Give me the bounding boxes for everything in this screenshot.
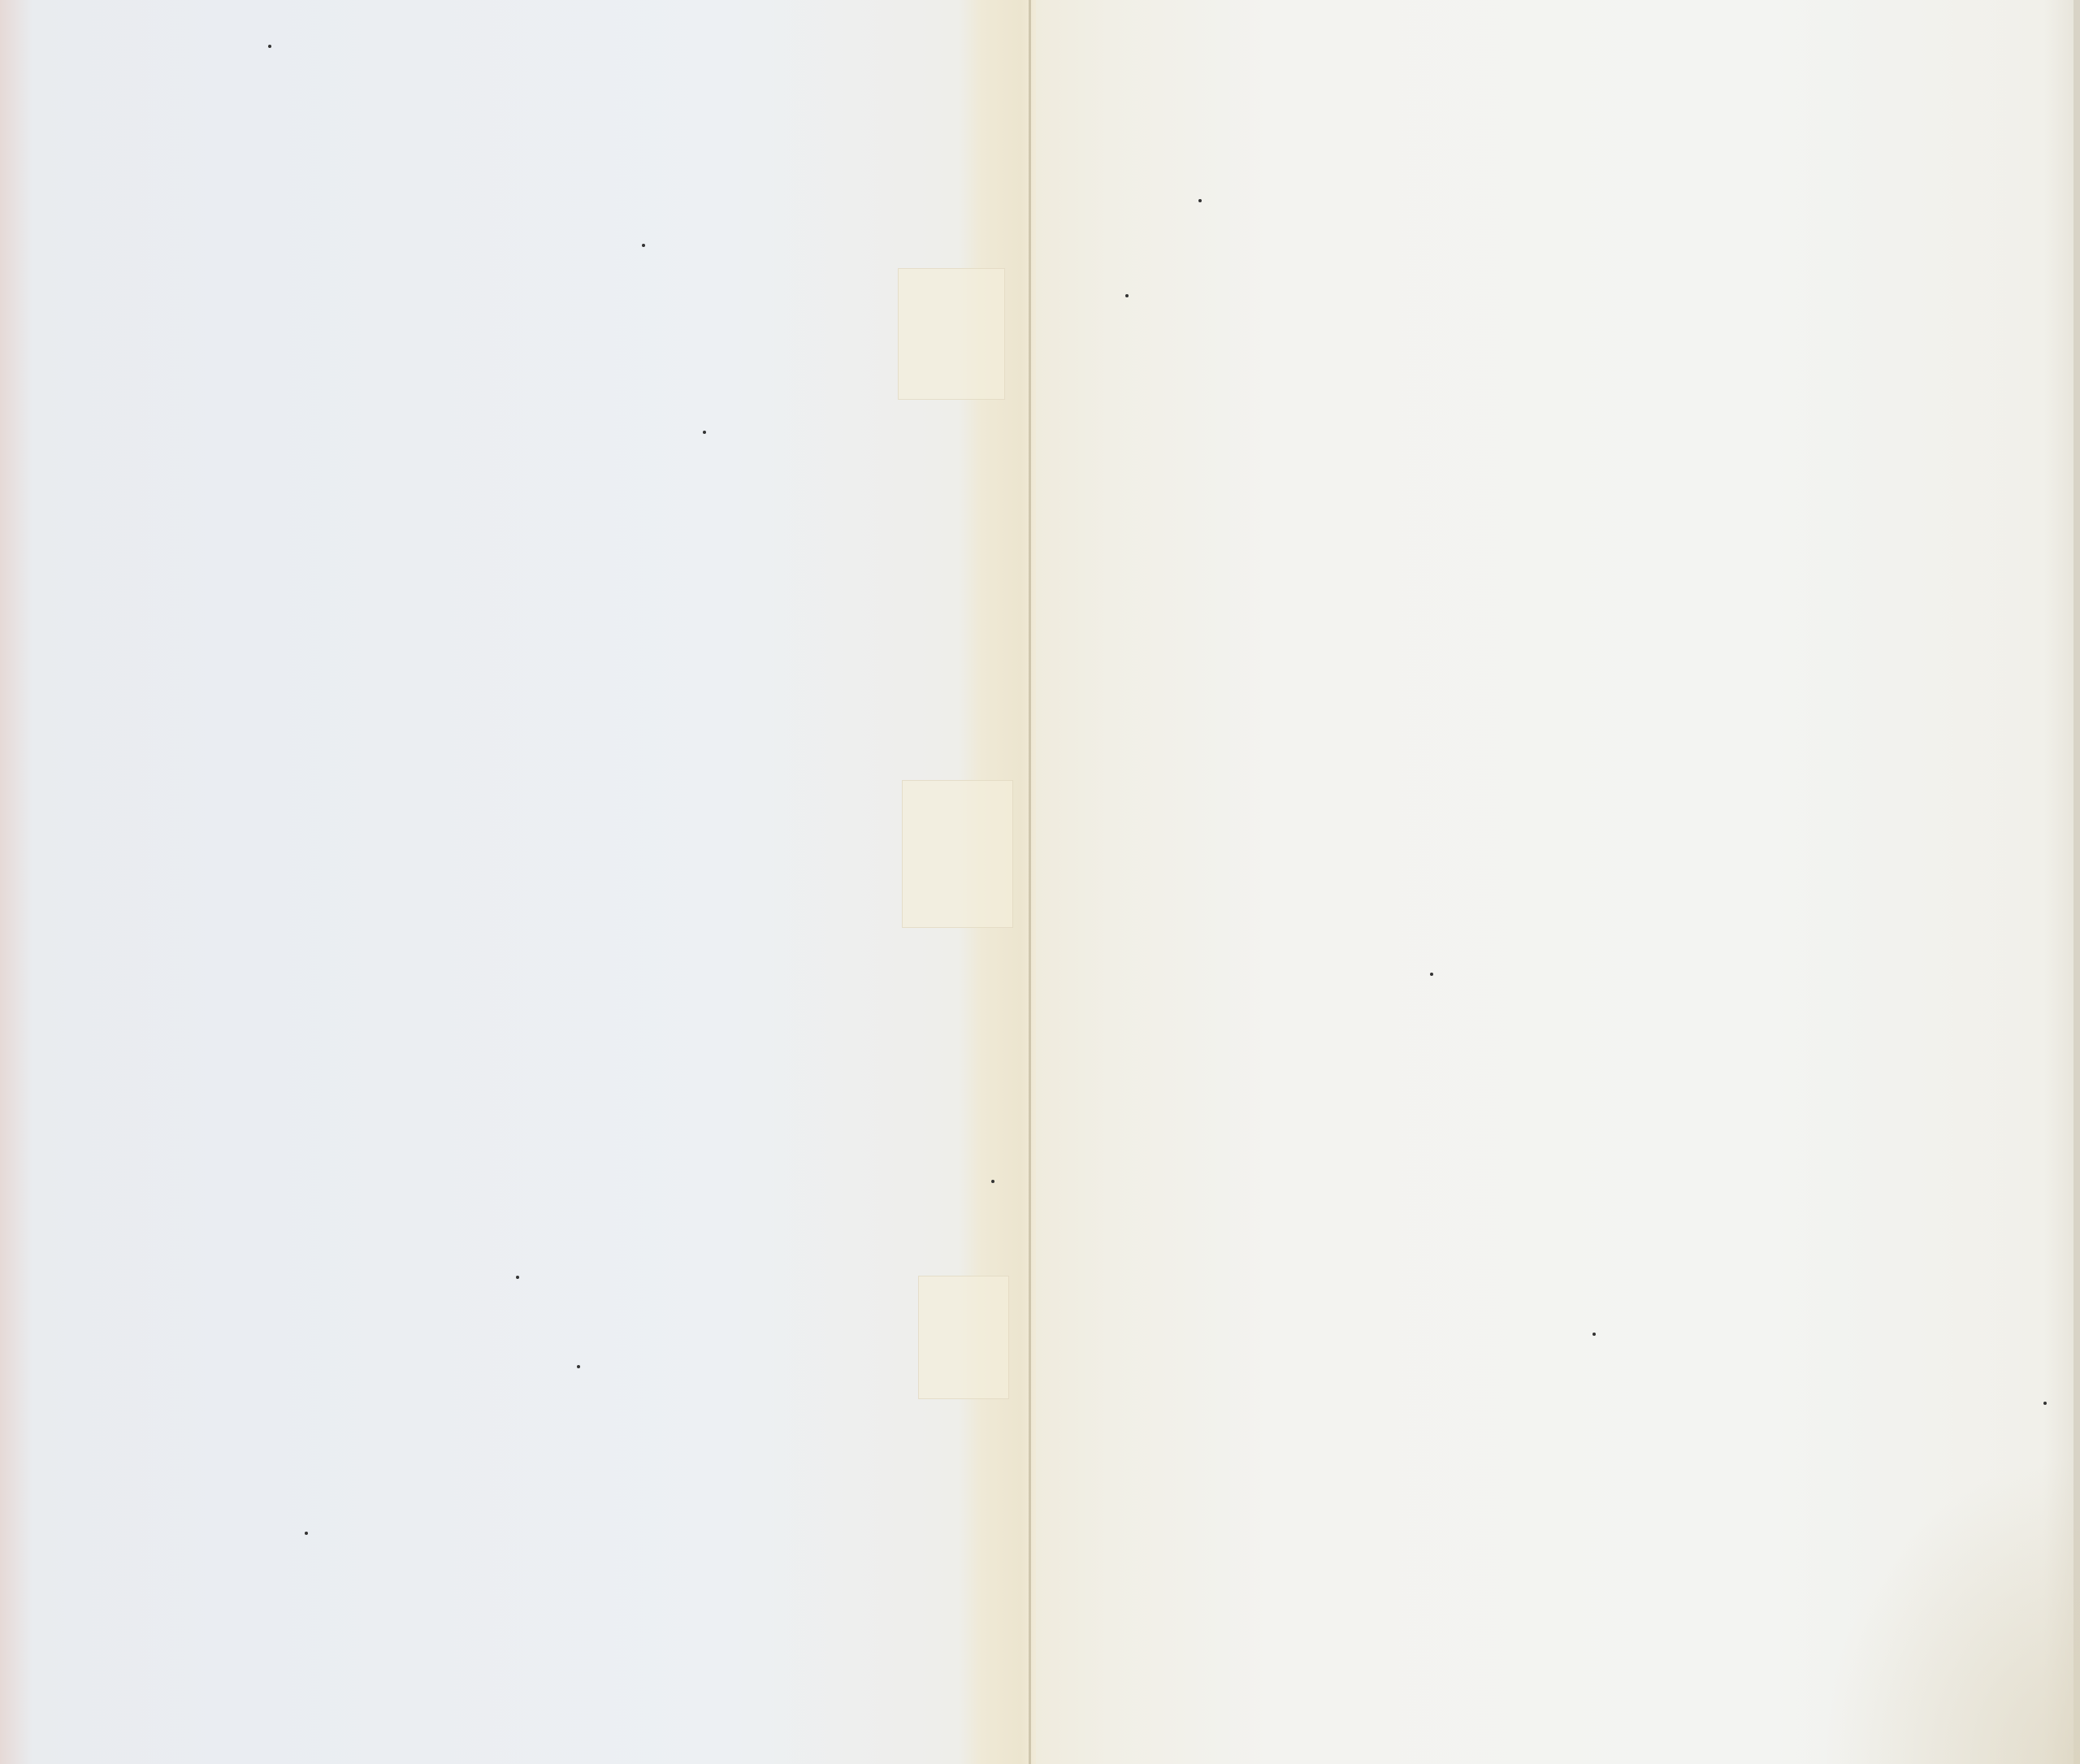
tape-strip-middle [902, 780, 1013, 928]
tape-strip-bottom [918, 1276, 1009, 1399]
corner-stain [1820, 1455, 2080, 1764]
center-fold-line [1029, 0, 1031, 1764]
tape-strip-top [898, 268, 1005, 400]
left-page [0, 0, 1028, 1764]
